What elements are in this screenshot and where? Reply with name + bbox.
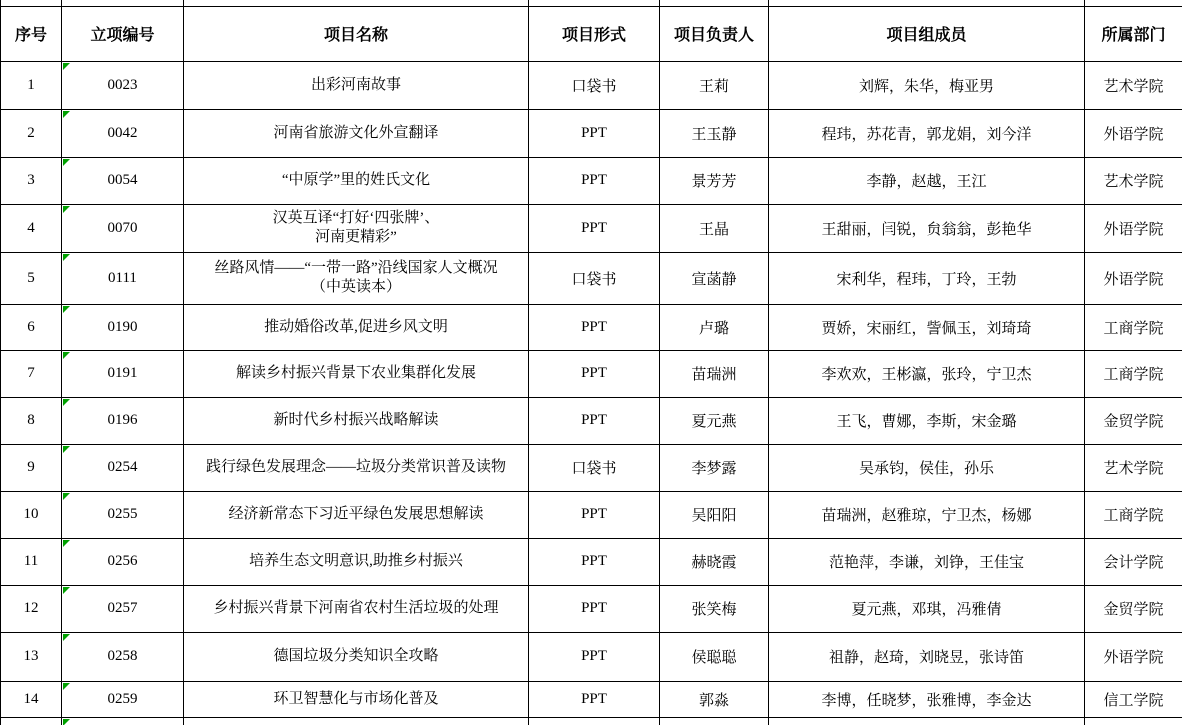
project-members-cell[interactable]: 宋利华，程玮，丁玲，王勃 [769,252,1085,304]
project-code-cell[interactable]: 0196 [62,397,184,444]
department-cell[interactable]: 工商学院 [1085,304,1182,350]
project-members-cell[interactable]: 程玮，苏花青，郭龙娟，刘今洋 [769,109,1085,157]
project-members-cell[interactable]: 范艳萍，李谦，刘铮，王佳宝 [769,538,1085,585]
project-form-cell[interactable]: PPT [529,632,660,681]
text-format-indicator-icon [63,446,70,453]
serial-cell[interactable]: 2 [1,109,62,157]
serial-cell[interactable]: 11 [1,538,62,585]
table-row: 14 0259 环卫智慧化与市场化普及 PPT 郭淼 李博，任晓梦，张雅博，李金… [1,681,1182,717]
text-format-indicator-icon [63,111,70,118]
cropped-cell [529,717,660,725]
cropped-cell [660,717,769,725]
project-form-cell[interactable]: PPT [529,157,660,204]
project-code: 0256 [108,553,138,569]
text-format-indicator-icon [63,254,70,261]
project-members-cell[interactable]: 王飞，曹娜，李斯，宋金璐 [769,397,1085,444]
serial-cell[interactable]: 12 [1,585,62,632]
project-members-cell[interactable]: 祖静，赵琦，刘晓昱，张诗笛 [769,632,1085,681]
text-format-indicator-icon [63,634,70,641]
project-code-cell[interactable]: 0257 [62,585,184,632]
project-leader-cell[interactable]: 王晶 [660,204,769,252]
project-form-cell[interactable]: PPT [529,109,660,157]
project-leader-cell[interactable]: 吴阳阳 [660,491,769,538]
project-members-cell[interactable]: 夏元燕，邓琪，冯雅倩 [769,585,1085,632]
project-form-cell[interactable]: 口袋书 [529,61,660,109]
project-leader-cell[interactable]: 侯聪聪 [660,632,769,681]
project-leader-cell[interactable]: 景芳芳 [660,157,769,204]
project-form-cell[interactable]: PPT [529,585,660,632]
department-cell[interactable]: 艺术学院 [1085,157,1182,204]
cropped-cell [769,717,1085,725]
project-name-cell[interactable]: 环卫智慧化与市场化普及 [184,681,529,717]
table-row: 4 0070 汉英互译“打好‘四张牌’、 河南更精彩” PPT 王晶 王甜丽，闫… [1,204,1182,252]
table-row: 1 0023 出彩河南故事 口袋书 王莉 刘辉，朱华，梅亚男 艺术学院 [1,61,1182,109]
project-name-cell[interactable]: 汉英互译“打好‘四张牌’、 河南更精彩” [184,204,529,252]
project-form-cell[interactable]: PPT [529,304,660,350]
project-name-cell[interactable]: 河南省旅游文化外宣翻译 [184,109,529,157]
project-members-cell[interactable]: 刘辉，朱华，梅亚男 [769,61,1085,109]
project-members-cell[interactable]: 李博，任晓梦，张雅博，李金达 [769,681,1085,717]
cropped-row-bottom [1,717,1182,725]
department-cell[interactable]: 金贸学院 [1085,585,1182,632]
project-code: 0111 [108,270,137,286]
table-row: 5 0111 丝路风情——“一带一路”沿线国家人文概况 （中英读本） 口袋书 宣… [1,252,1182,304]
project-members-cell[interactable]: 吴承钧，侯佳，孙乐 [769,444,1085,491]
text-format-indicator-icon [63,587,70,594]
department-cell[interactable]: 艺术学院 [1085,444,1182,491]
project-form-cell[interactable]: PPT [529,204,660,252]
project-form-cell[interactable]: PPT [529,350,660,397]
project-code: 0042 [108,125,138,141]
project-code: 0258 [108,648,138,664]
department-cell[interactable]: 工商学院 [1085,350,1182,397]
header-name[interactable]: 项目名称 [184,6,529,61]
project-leader-cell[interactable]: 宣菡静 [660,252,769,304]
serial-cell[interactable]: 14 [1,681,62,717]
project-name-cell[interactable]: 解读乡村振兴背景下农业集群化发展 [184,350,529,397]
cropped-cell [1085,717,1182,725]
department-cell[interactable]: 艺术学院 [1085,61,1182,109]
project-name-cell[interactable]: 推动婚俗改革,促进乡风文明 [184,304,529,350]
serial-cell[interactable]: 7 [1,350,62,397]
project-leader-cell[interactable]: 卢璐 [660,304,769,350]
project-name-cell[interactable]: “中原学”里的姓氏文化 [184,157,529,204]
project-code-cell[interactable]: 0256 [62,538,184,585]
project-code: 0196 [108,412,138,428]
department-cell[interactable]: 外语学院 [1085,109,1182,157]
project-code-cell[interactable]: 0258 [62,632,184,681]
serial-cell[interactable]: 1 [1,61,62,109]
table-row: 2 0042 河南省旅游文化外宣翻译 PPT 王玉静 程玮，苏花青，郭龙娟，刘今… [1,109,1182,157]
project-leader-cell[interactable]: 郭淼 [660,681,769,717]
project-form-cell[interactable]: 口袋书 [529,444,660,491]
project-form-cell[interactable]: PPT [529,538,660,585]
serial-cell[interactable]: 10 [1,491,62,538]
header-row: 序号 立项编号 项目名称 项目形式 项目负责人 项目组成员 所属部门 [1,6,1182,61]
project-name-cell[interactable]: 践行绿色发展理念——垃圾分类常识普及读物 [184,444,529,491]
project-code-cell[interactable]: 0111 [62,252,184,304]
cropped-cell [184,717,529,725]
project-leader-cell[interactable]: 夏元燕 [660,397,769,444]
table-row: 13 0258 德国垃圾分类知识全攻略 PPT 侯聪聪 祖静，赵琦，刘晓昱，张诗… [1,632,1182,681]
table-row: 3 0054 “中原学”里的姓氏文化 PPT 景芳芳 李静，赵越，王江 艺术学院 [1,157,1182,204]
department-cell[interactable]: 工商学院 [1085,491,1182,538]
project-code-cell[interactable]: 0190 [62,304,184,350]
project-leader-cell[interactable]: 李梦露 [660,444,769,491]
project-code-cell[interactable]: 0191 [62,350,184,397]
projects-table: 序号 立项编号 项目名称 项目形式 项目负责人 项目组成员 所属部门 1 002… [0,0,1182,725]
project-name-cell[interactable]: 丝路风情——“一带一路”沿线国家人文概况 （中英读本） [184,252,529,304]
department-cell[interactable]: 外语学院 [1085,632,1182,681]
text-format-indicator-icon [63,493,70,500]
serial-cell[interactable]: 5 [1,252,62,304]
project-name-cell[interactable]: 培养生态文明意识,助推乡村振兴 [184,538,529,585]
department-cell[interactable]: 信工学院 [1085,681,1182,717]
cropped-cell [1,717,62,725]
project-code: 0054 [108,172,138,188]
project-name-cell[interactable]: 新时代乡村振兴战略解读 [184,397,529,444]
table-row: 9 0254 践行绿色发展理念——垃圾分类常识普及读物 口袋书 李梦露 吴承钧，… [1,444,1182,491]
spreadsheet-table-crop: 序号 立项编号 项目名称 项目形式 项目负责人 项目组成员 所属部门 1 002… [0,0,1182,725]
project-code: 0259 [108,691,138,707]
serial-cell[interactable]: 6 [1,304,62,350]
project-members-cell[interactable]: 苗瑞洲，赵雅琼，宁卫杰，杨娜 [769,491,1085,538]
serial-cell[interactable]: 3 [1,157,62,204]
project-leader-cell[interactable]: 苗瑞洲 [660,350,769,397]
project-leader-cell[interactable]: 赫晓霞 [660,538,769,585]
project-name-cell[interactable]: 经济新常态下习近平绿色发展思想解读 [184,491,529,538]
serial-cell[interactable]: 8 [1,397,62,444]
department-cell[interactable]: 会计学院 [1085,538,1182,585]
table-row: 8 0196 新时代乡村振兴战略解读 PPT 夏元燕 王飞，曹娜，李斯，宋金璐 … [1,397,1182,444]
text-format-indicator-icon [63,306,70,313]
cropped-cell [62,717,184,725]
header-leader[interactable]: 项目负责人 [660,6,769,61]
project-name-cell[interactable]: 德国垃圾分类知识全攻略 [184,632,529,681]
table-body: 1 0023 出彩河南故事 口袋书 王莉 刘辉，朱华，梅亚男 艺术学院 2 00… [1,61,1182,717]
department-cell[interactable]: 金贸学院 [1085,397,1182,444]
table-row: 7 0191 解读乡村振兴背景下农业集群化发展 PPT 苗瑞洲 李欢欢，王彬瀛，… [1,350,1182,397]
project-form-cell[interactable]: 口袋书 [529,252,660,304]
serial-cell[interactable]: 9 [1,444,62,491]
project-leader-cell[interactable]: 王玉静 [660,109,769,157]
project-code-cell[interactable]: 0254 [62,444,184,491]
project-members-cell[interactable]: 李欢欢，王彬瀛，张玲，宁卫杰 [769,350,1085,397]
project-members-cell[interactable]: 李静，赵越，王江 [769,157,1085,204]
project-leader-cell[interactable]: 王莉 [660,61,769,109]
header-dept[interactable]: 所属部门 [1085,6,1182,61]
project-code: 0255 [108,506,138,522]
text-format-indicator-icon [63,399,70,406]
project-code-cell[interactable]: 0054 [62,157,184,204]
table-row: 12 0257 乡村振兴背景下河南省农村生活垃圾的处理 PPT 张笑梅 夏元燕，… [1,585,1182,632]
project-name-cell[interactable]: 出彩河南故事 [184,61,529,109]
text-format-indicator-icon [63,540,70,547]
table-row: 11 0256 培养生态文明意识,助推乡村振兴 PPT 赫晓霞 范艳萍，李谦，刘… [1,538,1182,585]
project-code-cell[interactable]: 0255 [62,491,184,538]
project-members-cell[interactable]: 王甜丽，闫锐，贠翁翁，彭艳华 [769,204,1085,252]
serial-cell[interactable]: 4 [1,204,62,252]
header-form[interactable]: 项目形式 [529,6,660,61]
project-name-cell[interactable]: 乡村振兴背景下河南省农村生活垃圾的处理 [184,585,529,632]
department-cell[interactable]: 外语学院 [1085,252,1182,304]
project-members-cell[interactable]: 贾娇，宋丽红，訾佩玉，刘琦琦 [769,304,1085,350]
table-row: 6 0190 推动婚俗改革,促进乡风文明 PPT 卢璐 贾娇，宋丽红，訾佩玉，刘… [1,304,1182,350]
header-code[interactable]: 立项编号 [62,6,184,61]
header-serial[interactable]: 序号 [1,6,62,61]
project-code: 0190 [108,319,138,335]
project-form-cell[interactable]: PPT [529,397,660,444]
project-code-cell[interactable]: 0259 [62,681,184,717]
text-format-indicator-icon [63,719,70,725]
table-row: 10 0255 经济新常态下习近平绿色发展思想解读 PPT 吴阳阳 苗瑞洲，赵雅… [1,491,1182,538]
serial-cell[interactable]: 13 [1,632,62,681]
project-code-cell[interactable]: 0042 [62,109,184,157]
project-form-cell[interactable]: PPT [529,681,660,717]
project-form-cell[interactable]: PPT [529,491,660,538]
project-code: 0023 [108,77,138,93]
project-code-cell[interactable]: 0023 [62,61,184,109]
text-format-indicator-icon [63,352,70,359]
project-code: 0070 [108,220,138,236]
text-format-indicator-icon [63,159,70,166]
header-members[interactable]: 项目组成员 [769,6,1085,61]
project-code: 0254 [108,459,138,475]
project-code: 0257 [108,600,138,616]
project-code: 0191 [108,365,138,381]
project-code-cell[interactable]: 0070 [62,204,184,252]
department-cell[interactable]: 外语学院 [1085,204,1182,252]
text-format-indicator-icon [63,683,70,690]
project-leader-cell[interactable]: 张笑梅 [660,585,769,632]
text-format-indicator-icon [63,206,70,213]
text-format-indicator-icon [63,63,70,70]
